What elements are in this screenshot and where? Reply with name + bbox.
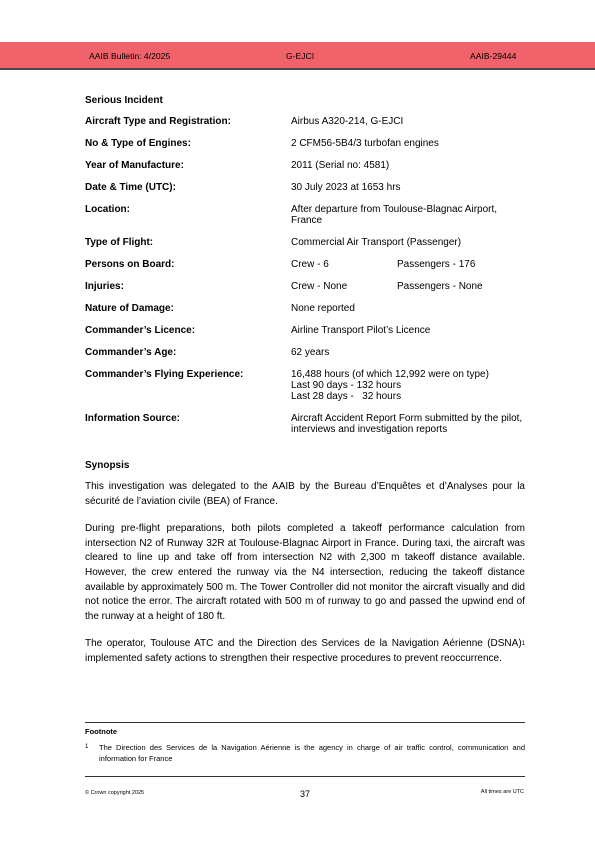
paragraph-text: The operator, Toulouse ATC and the Direc… xyxy=(85,638,522,649)
synopsis-paragraph: The operator, Toulouse ATC and the Direc… xyxy=(85,637,525,666)
detail-row: Persons on Board: Crew - 6 Passengers - … xyxy=(85,259,525,270)
synopsis-paragraph: During pre-flight preparations, both pil… xyxy=(85,522,525,624)
detail-row: Information Source: Aircraft Accident Re… xyxy=(85,413,525,435)
detail-label: Type of Flight: xyxy=(85,237,291,248)
detail-label: Information Source: xyxy=(85,413,291,435)
detail-value: Commercial Air Transport (Passenger) xyxy=(291,237,525,248)
footnote-divider xyxy=(85,722,525,723)
detail-label: Date & Time (UTC): xyxy=(85,182,291,193)
detail-label: Nature of Damage: xyxy=(85,303,291,314)
passenger-count: Passengers - 176 xyxy=(397,259,475,270)
detail-label: No & Type of Engines: xyxy=(85,138,291,149)
detail-row: Location: After departure from Toulouse-… xyxy=(85,204,525,226)
copyright-notice: © Crown copyright 2025 xyxy=(85,790,144,796)
detail-label: Year of Manufacture: xyxy=(85,160,291,171)
paragraph-text: implemented safety actions to strengthen… xyxy=(85,653,502,664)
last-28-days: Last 28 days - 32 hours xyxy=(291,391,525,402)
detail-value: 62 years xyxy=(291,347,525,358)
incident-details: Serious Incident Aircraft Type and Regis… xyxy=(85,95,525,446)
detail-row: Injuries: Crew - None Passengers - None xyxy=(85,281,525,292)
detail-row: Commander’s Age: 62 years xyxy=(85,347,525,358)
report-reference: AAIB-29444 xyxy=(470,51,516,61)
detail-value: 2011 (Serial no: 4581) xyxy=(291,160,525,171)
aircraft-registration: G-EJCI xyxy=(286,51,314,61)
detail-value: Airline Transport Pilot’s Licence xyxy=(291,325,525,336)
detail-row: Commander’s Licence: Airline Transport P… xyxy=(85,325,525,336)
synopsis-heading: Synopsis xyxy=(85,460,525,471)
detail-row: Nature of Damage: None reported xyxy=(85,303,525,314)
detail-value: Aircraft Accident Report Form submitted … xyxy=(291,413,525,435)
detail-value: Airbus A320-214, G-EJCI xyxy=(291,116,525,127)
crew-injuries: Crew - None xyxy=(291,281,397,292)
last-90-days: Last 90 days - 132 hours xyxy=(291,380,525,391)
times-note: All times are UTC xyxy=(481,789,524,795)
detail-label: Aircraft Type and Registration: xyxy=(85,116,291,127)
total-hours: 16,488 hours (of which 12,992 were on ty… xyxy=(291,369,525,380)
detail-value: After departure from Toulouse-Blagnac Ai… xyxy=(291,204,525,226)
detail-row: No & Type of Engines: 2 CFM56-5B4/3 turb… xyxy=(85,138,525,149)
header-band: AAIB Bulletin: 4/2025 G-EJCI AAIB-29444 xyxy=(0,42,595,70)
detail-row: Date & Time (UTC): 30 July 2023 at 1653 … xyxy=(85,182,525,193)
detail-value: 16,488 hours (of which 12,992 were on ty… xyxy=(291,369,525,402)
detail-row: Commander’s Flying Experience: 16,488 ho… xyxy=(85,369,525,402)
bulletin-number: AAIB Bulletin: 4/2025 xyxy=(89,51,170,61)
crew-count: Crew - 6 xyxy=(291,259,397,270)
detail-value: 30 July 2023 at 1653 hrs xyxy=(291,182,525,193)
detail-value: 2 CFM56-5B4/3 turbofan engines xyxy=(291,138,525,149)
incident-category: Serious Incident xyxy=(85,95,525,106)
detail-value: None reported xyxy=(291,303,525,314)
footnote-reference[interactable]: 1 xyxy=(522,641,525,647)
footnote: 1 The Direction des Services de la Navig… xyxy=(85,742,525,764)
footer-divider xyxy=(85,776,525,777)
detail-label: Location: xyxy=(85,204,291,226)
page-number: 37 xyxy=(300,789,310,799)
synopsis-paragraph: This investigation was delegated to the … xyxy=(85,480,525,509)
detail-label: Commander’s Age: xyxy=(85,347,291,358)
detail-value: Crew - 6 Passengers - 176 xyxy=(291,259,525,270)
synopsis-section: Synopsis This investigation was delegate… xyxy=(85,460,525,680)
detail-label: Injuries: xyxy=(85,281,291,292)
detail-label: Commander’s Licence: xyxy=(85,325,291,336)
passenger-injuries: Passengers - None xyxy=(397,281,483,292)
detail-row: Aircraft Type and Registration: Airbus A… xyxy=(85,116,525,127)
detail-row: Year of Manufacture: 2011 (Serial no: 45… xyxy=(85,160,525,171)
detail-row: Type of Flight: Commercial Air Transport… xyxy=(85,237,525,248)
detail-label: Persons on Board: xyxy=(85,259,291,270)
footnote-body: The Direction des Services de la Navigat… xyxy=(99,742,525,764)
detail-label: Commander’s Flying Experience: xyxy=(85,369,291,402)
footnote-heading: Footnote xyxy=(85,727,117,736)
footnote-number: 1 xyxy=(85,742,99,764)
detail-value: Crew - None Passengers - None xyxy=(291,281,525,292)
